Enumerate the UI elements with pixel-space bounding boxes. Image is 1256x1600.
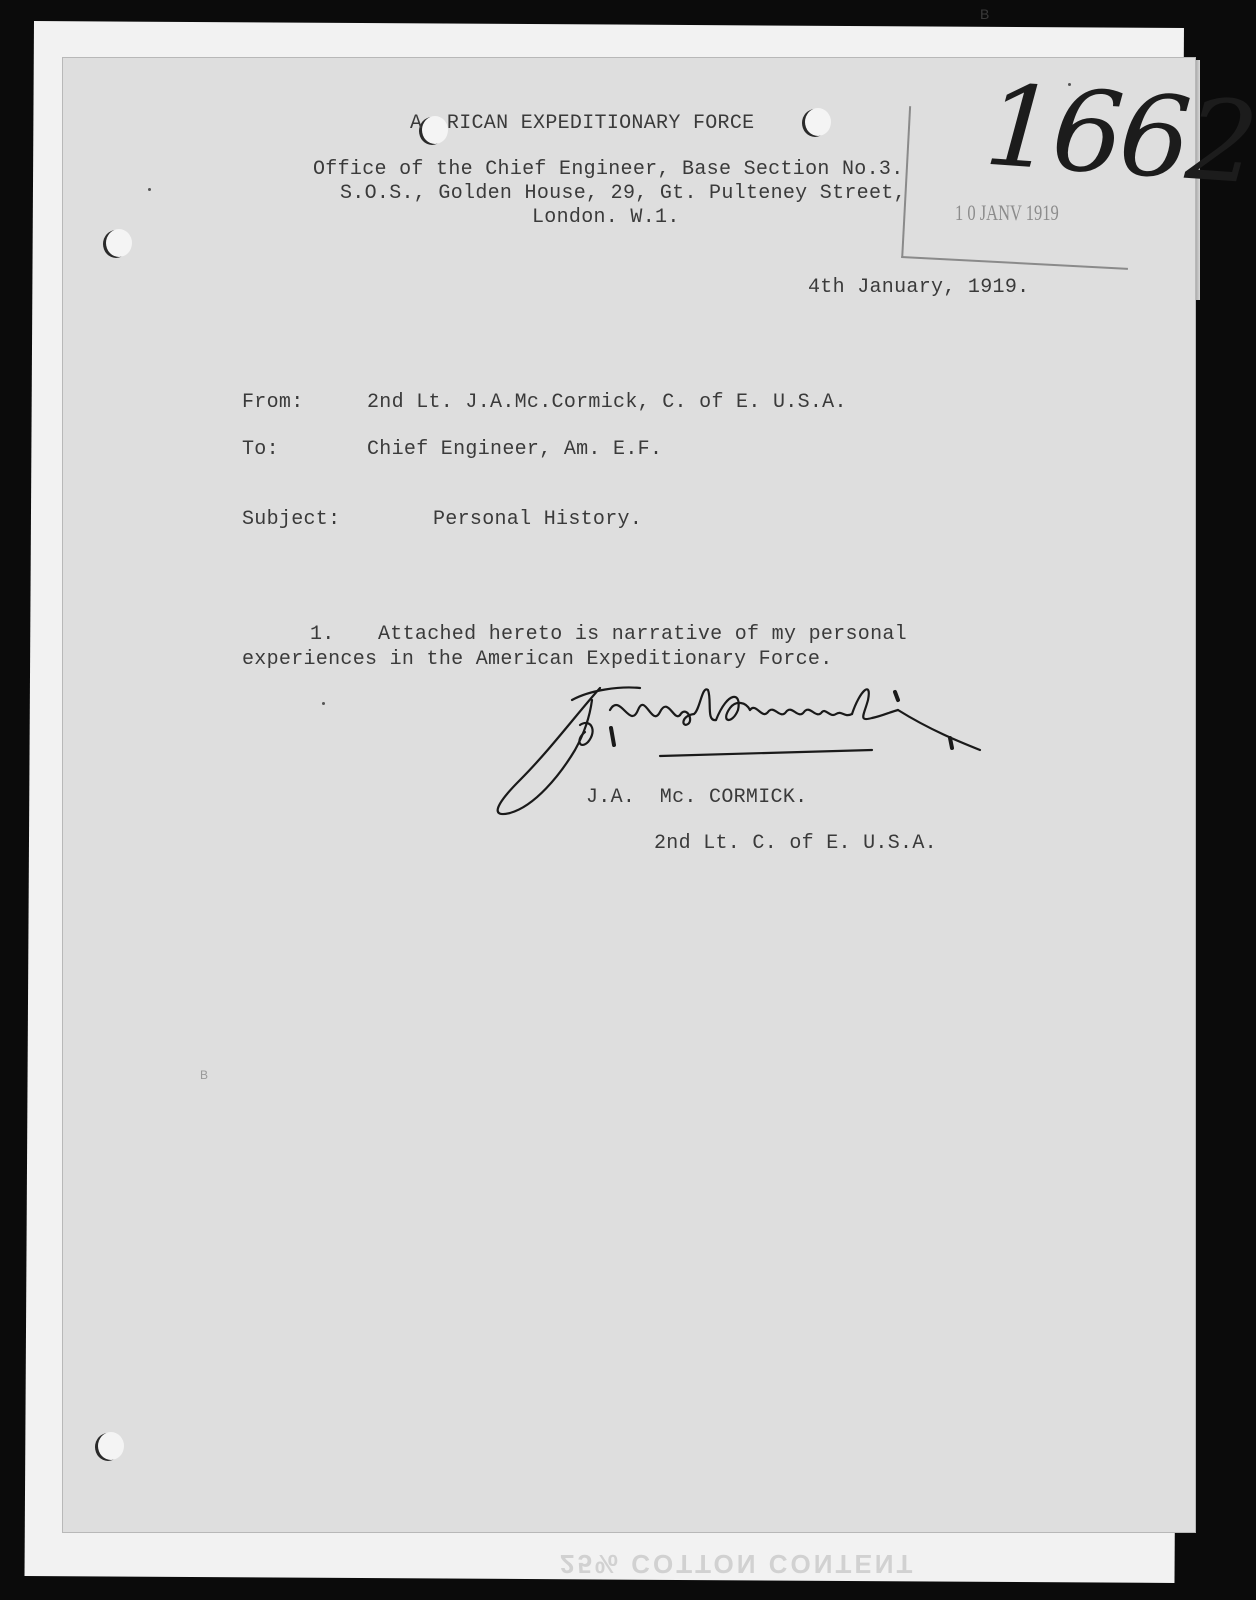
typed-signatory-name: J.A. Mc. CORMICK.: [586, 786, 807, 809]
to-value: Chief Engineer, Am. E.F.: [367, 438, 662, 461]
body-line-1: Attached hereto is narrative of my perso…: [378, 623, 907, 646]
from-label: From:: [242, 391, 304, 414]
paragraph-number: 1.: [310, 623, 335, 646]
paper-speck: [1068, 83, 1071, 86]
to-label: To:: [242, 438, 279, 461]
punch-hole-left-upper: [106, 229, 132, 257]
punch-hole-top-right: [805, 108, 831, 136]
office-line-2: S.O.S., Golden House, 29, Gt. Pulteney S…: [340, 182, 906, 205]
from-value: 2nd Lt. J.A.Mc.Cormick, C. of E. U.S.A.: [367, 391, 847, 414]
small-archive-mark: B: [200, 1068, 208, 1082]
organization-heading: A RICAN EXPEDITIONARY FORCE: [410, 112, 754, 135]
subject-value: Personal History.: [433, 508, 642, 531]
letter-date: 4th January, 1919.: [808, 276, 1029, 299]
body-line-2: experiences in the American Expeditionar…: [242, 648, 833, 671]
corner-mark: B: [980, 6, 989, 22]
signatory-title: 2nd Lt. C. of E. U.S.A.: [654, 832, 937, 855]
received-stamp: 1 0 JANV 1919: [955, 200, 1059, 226]
office-line-3: London. W.1.: [532, 206, 680, 229]
handwritten-file-number: 1662: [981, 61, 1256, 209]
office-line-1: Office of the Chief Engineer, Base Secti…: [313, 158, 904, 181]
subject-label: Subject:: [242, 508, 340, 531]
paper-speck: [148, 188, 151, 191]
paper-speck: [322, 702, 325, 705]
backing-watermark: 25% COTTON CONTENT: [560, 1548, 915, 1579]
punch-hole-left-lower: [98, 1432, 124, 1460]
